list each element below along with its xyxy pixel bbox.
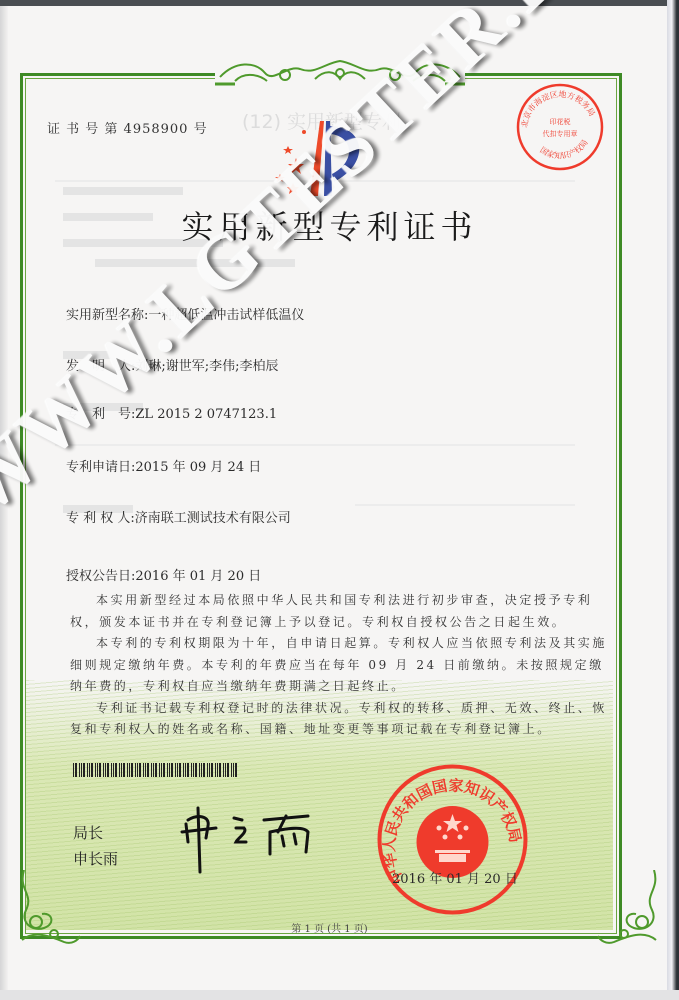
- certificate-number-value: 4958900: [124, 122, 189, 137]
- legal-paragraph: 本实用新型经过本局依照中华人民共和国专利法进行初步审查，决定授予专利权，颁发本证…: [70, 590, 610, 633]
- field-value: ZL 2015 2 0747123.1: [135, 407, 277, 422]
- ornament-bottom-left-icon: [14, 870, 84, 950]
- legal-paragraph: 专利证书记载专利权登记时的法律状况。专利权的转移、质押、无效、终止、恢复和专利权…: [70, 698, 610, 741]
- legal-text: 本实用新型经过本局依照中华人民共和国专利法进行初步审查，决定授予专利权，颁发本证…: [70, 590, 610, 741]
- scanner-edge-right: [667, 0, 679, 1000]
- field-application-date: 专利申请日:2015 年 09 月 24 日: [66, 456, 261, 475]
- ornament-bottom-right-icon: [594, 870, 664, 950]
- svg-text:国家知识产权局: 国家知识产权局: [538, 138, 589, 161]
- tax-stamp-seal: 北京市海淀区地方税务局 国家知识产权局 印花税 代扣专用章: [515, 82, 605, 172]
- page-indicator: 第 1 页 (共 1 页): [0, 920, 669, 935]
- certificate-number-label: 证 书 号 第: [47, 122, 118, 137]
- svg-text:印花税: 印花税: [550, 117, 571, 126]
- director-title: 局长: [73, 822, 103, 843]
- field-value: 济南联工测试技术有限公司: [135, 511, 291, 526]
- field-value: 2016 年 01 月 20 日: [135, 569, 261, 584]
- director-signature: [178, 802, 328, 874]
- field-label: 专 利 权 人:: [66, 511, 135, 526]
- field-value: 2015 年 09 月 24 日: [135, 460, 261, 475]
- field-label: 授权公告日:: [66, 569, 135, 584]
- barcode: [73, 763, 237, 777]
- cnipa-official-seal: 中华人民共和国国家知识产权局: [375, 762, 530, 917]
- certificate-number-suffix: 号: [194, 122, 208, 137]
- certificate-number: 证 书 号 第 4958900 号: [47, 118, 208, 137]
- director-name: 申长雨: [73, 848, 118, 869]
- scanner-edge-bottom: [0, 990, 679, 1000]
- field-patentee: 专 利 权 人:济南联工测试技术有限公司: [66, 507, 291, 526]
- field-grant-date: 授权公告日:2016 年 01 月 20 日: [66, 565, 261, 584]
- seal-date: 2016 年 01 月 20 日: [392, 868, 518, 887]
- svg-text:代扣专用章: 代扣专用章: [543, 129, 578, 138]
- legal-paragraph: 本专利的专利权期限为十年，自申请日起算。专利权人应当依照专利法及其实施细则规定缴…: [70, 633, 610, 698]
